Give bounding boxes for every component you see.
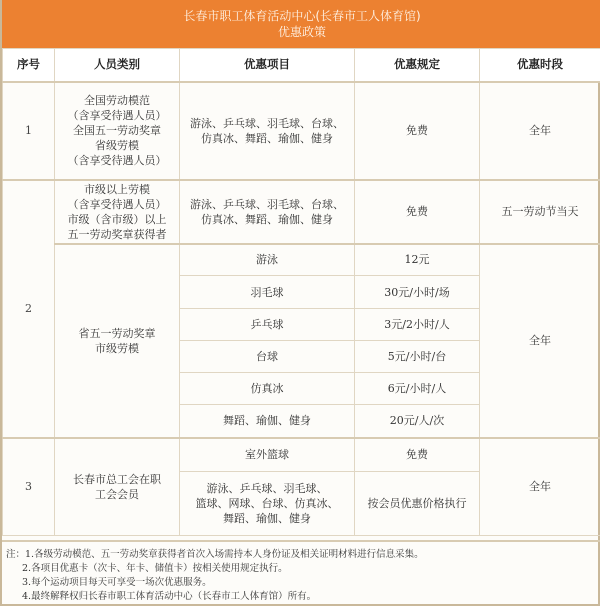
policy-table: 序号 人员类别 优惠项目 优惠规定 优惠时段 1 全国劳动模范 （含享受待遇人员… [2,48,600,536]
note-line: 注：1.各级劳动模范、五一劳动奖章获得者首次入场需持本人身份证及相关证明材料进行… [6,548,596,562]
period-cell: 全年 [480,438,600,536]
category-line: 省级劳模 [59,138,175,153]
rule-cell: 免费 [355,438,480,472]
notes-section: 注：1.各级劳动模范、五一劳动奖章获得者首次入场需持本人身份证及相关证明材料进行… [2,540,600,606]
items-line: 篮球、网球、台球、仿真冰、 [184,496,350,511]
category-line: 省五一劳动奖章 [59,326,175,341]
category-cell: 市级以上劳模 （含享受待遇人员） 市级（含市级）以上 五一劳动奖章获得者 [55,180,180,244]
items-cell: 游泳、乒乓球、羽毛球、台球、 仿真冰、舞蹈、瑜伽、健身 [180,82,355,180]
table-row: 省五一劳动奖章 市级劳模 游泳 12元 全年 [3,244,600,276]
table-row: 3 长春市总工会在职 工会会员 室外篮球 免费 全年 [3,438,600,472]
rule-cell: 免费 [355,180,480,244]
rule-cell: 3元/2小时/人 [355,309,480,341]
category-cell: 省五一劳动奖章 市级劳模 [55,244,180,438]
category-cell: 长春市总工会在职 工会会员 [55,438,180,536]
items-cell: 羽毛球 [180,276,355,309]
rule-cell: 30元/小时/场 [355,276,480,309]
items-line: 舞蹈、瑜伽、健身 [184,511,350,526]
policy-document: 长春市职工体育活动中心(长春市工人体育馆) 优惠政策 序号 人员类别 优惠项目 … [0,0,600,606]
items-cell: 乒乓球 [180,309,355,341]
column-header-row: 序号 人员类别 优惠项目 优惠规定 优惠时段 [3,49,600,82]
rule-cell: 5元/小时/台 [355,341,480,373]
notes-prefix: 注： [6,549,25,560]
category-line: 市级以上劳模 [59,182,175,197]
col-header-category: 人员类别 [55,49,180,82]
category-line: 五一劳动奖章获得者 [59,227,175,242]
rule-cell: 6元/小时/人 [355,373,480,405]
period-cell: 五一劳动节当天 [480,180,600,244]
rule-cell: 免费 [355,82,480,180]
category-line: 长春市总工会在职 [59,472,175,487]
table-row: 1 全国劳动模范 （含享受待遇人员） 全国五一劳动奖章 省级劳模 （含享受待遇人… [3,82,600,180]
rule-cell: 12元 [355,244,480,276]
title-banner: 长春市职工体育活动中心(长春市工人体育馆) 优惠政策 [2,0,600,48]
rule-cell: 按会员优惠价格执行 [355,472,480,536]
items-cell: 台球 [180,341,355,373]
rule-cell: 20元/人/次 [355,405,480,438]
items-cell: 游泳 [180,244,355,276]
category-line: （含享受待遇人员） [59,108,175,123]
items-line: 仿真冰、舞蹈、瑜伽、健身 [184,212,350,227]
col-header-items: 优惠项目 [180,49,355,82]
category-cell: 全国劳动模范 （含享受待遇人员） 全国五一劳动奖章 省级劳模 （含享受待遇人员） [55,82,180,180]
note-item: 1.各级劳动模范、五一劳动奖章获得者首次入场需持本人身份证及相关证明材料进行信息… [25,549,424,560]
note-item: 2.各项目优惠卡（次卡、年卡、储值卡）按相关使用规定执行。 [6,562,596,576]
items-cell: 游泳、乒乓球、羽毛球、台球、 仿真冰、舞蹈、瑜伽、健身 [180,180,355,244]
row-number: 2 [3,180,55,438]
items-cell: 舞蹈、瑜伽、健身 [180,405,355,438]
items-line: 仿真冰、舞蹈、瑜伽、健身 [184,131,350,146]
category-line: 市级（含市级）以上 [59,212,175,227]
items-line: 游泳、乒乓球、羽毛球、台球、 [184,116,350,131]
col-header-period: 优惠时段 [480,49,600,82]
note-item: 4.最终解释权归长春市职工体育活动中心（长春市工人体育馆）所有。 [6,590,596,604]
category-line: 市级劳模 [59,341,175,356]
col-header-rule: 优惠规定 [355,49,480,82]
table-row: 2 市级以上劳模 （含享受待遇人员） 市级（含市级）以上 五一劳动奖章获得者 游… [3,180,600,244]
period-cell: 全年 [480,82,600,180]
category-line: 工会会员 [59,487,175,502]
row-number: 3 [3,438,55,536]
row-number: 1 [3,82,55,180]
items-line: 游泳、乒乓球、羽毛球、台球、 [184,197,350,212]
category-line: （含享受待遇人员） [59,153,175,168]
items-cell: 仿真冰 [180,373,355,405]
title-line-2: 优惠政策 [2,24,600,40]
period-cell: 全年 [480,244,600,438]
items-line: 游泳、乒乓球、羽毛球、 [184,481,350,496]
items-cell: 室外篮球 [180,438,355,472]
title-line-1: 长春市职工体育活动中心(长春市工人体育馆) [2,8,600,24]
category-line: 全国劳动模范 [59,93,175,108]
col-header-number: 序号 [3,49,55,82]
items-cell: 游泳、乒乓球、羽毛球、 篮球、网球、台球、仿真冰、 舞蹈、瑜伽、健身 [180,472,355,536]
category-line: （含享受待遇人员） [59,197,175,212]
category-line: 全国五一劳动奖章 [59,123,175,138]
note-item: 3.每个运动项目每天可享受一场次优惠服务。 [6,576,596,590]
